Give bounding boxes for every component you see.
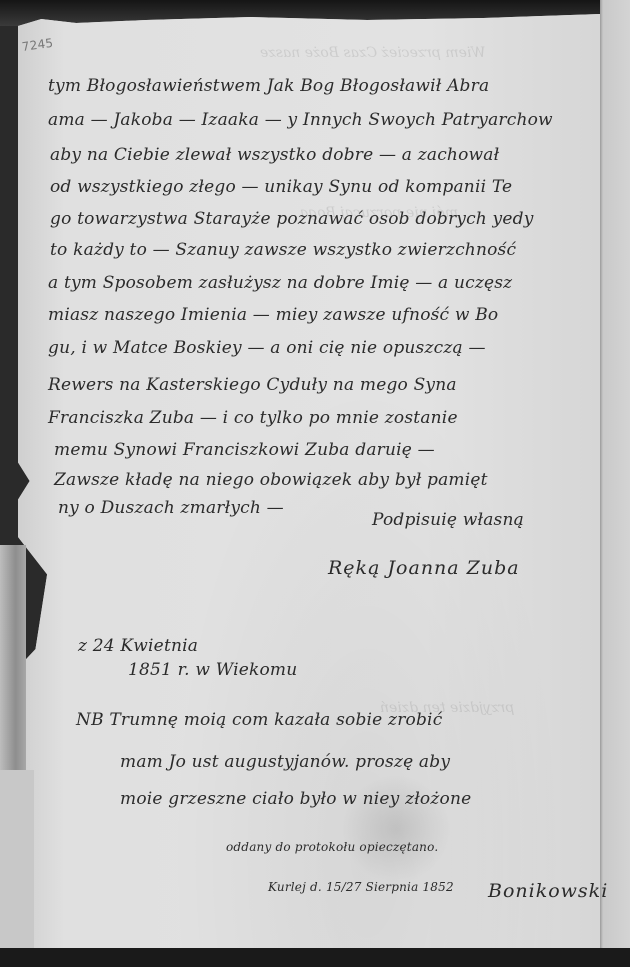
postscript-line: NB Trumnę moią com kazała sobie zrobić xyxy=(76,710,442,730)
body-line: miasz naszego Imienia — miey zawsze ufno… xyxy=(48,305,498,325)
body-line: gu, i w Matce Boskiey — a oni cię nie op… xyxy=(48,338,486,358)
body-line: tym Błogosławieństwem Jak Bog Błogosławi… xyxy=(48,76,489,96)
body-line: Franciszka Zuba — i co tylko po mnie zos… xyxy=(48,408,458,428)
date-line: z 24 Kwietnia xyxy=(78,636,198,656)
page-fold-right xyxy=(600,0,630,948)
postscript-line: moie grzeszne ciało było w niey złożone xyxy=(120,789,471,809)
bleed-through-text: Wiem przecież Czas Boże nasze xyxy=(260,45,485,61)
body-line: go towarzystwa Starayże poznawać osob do… xyxy=(50,209,534,229)
body-line: Rewers na Kasterskiego Cyduły na mego Sy… xyxy=(48,375,457,395)
official-note-date: Kurlej d. 15/27 Sierpnia 1852 xyxy=(268,880,454,894)
place-line: 1851 r. w Wiekomu xyxy=(128,660,297,680)
body-line: ama — Jakoba — Izaaka — y Innych Swoych … xyxy=(48,110,553,130)
binding-bottom-edge xyxy=(0,948,630,967)
body-line: a tym Sposobem zasłużysz na dobre Imię —… xyxy=(48,273,512,293)
torn-left-edge-lower xyxy=(0,770,34,960)
body-line: aby na Ciebie zlewał wszystko dobre — a … xyxy=(50,145,499,165)
official-signature: Bonikowski xyxy=(488,880,608,902)
body-line: Zawsze kładę na niego obowiązek aby był … xyxy=(54,470,488,490)
official-note-line: oddany do protokołu opieczętano. xyxy=(226,840,438,854)
postscript-line: mam Jo ust augustyjanów. proszę aby xyxy=(120,752,450,772)
body-line: ny o Duszach zmarłych — xyxy=(58,498,284,518)
body-line: od wszystkiego złego — unikay Synu od ko… xyxy=(50,177,512,197)
body-line: to każdy to — Szanuy zawsze wszystko zwi… xyxy=(50,240,516,260)
body-line: memu Synowi Franciszkowi Zuba daruię — xyxy=(54,440,435,460)
signature-line-1: Podpisuię własną xyxy=(372,510,524,530)
signature-joanna-zuba: Ręką Joanna Zuba xyxy=(328,557,520,579)
torn-left-edge xyxy=(0,545,26,785)
